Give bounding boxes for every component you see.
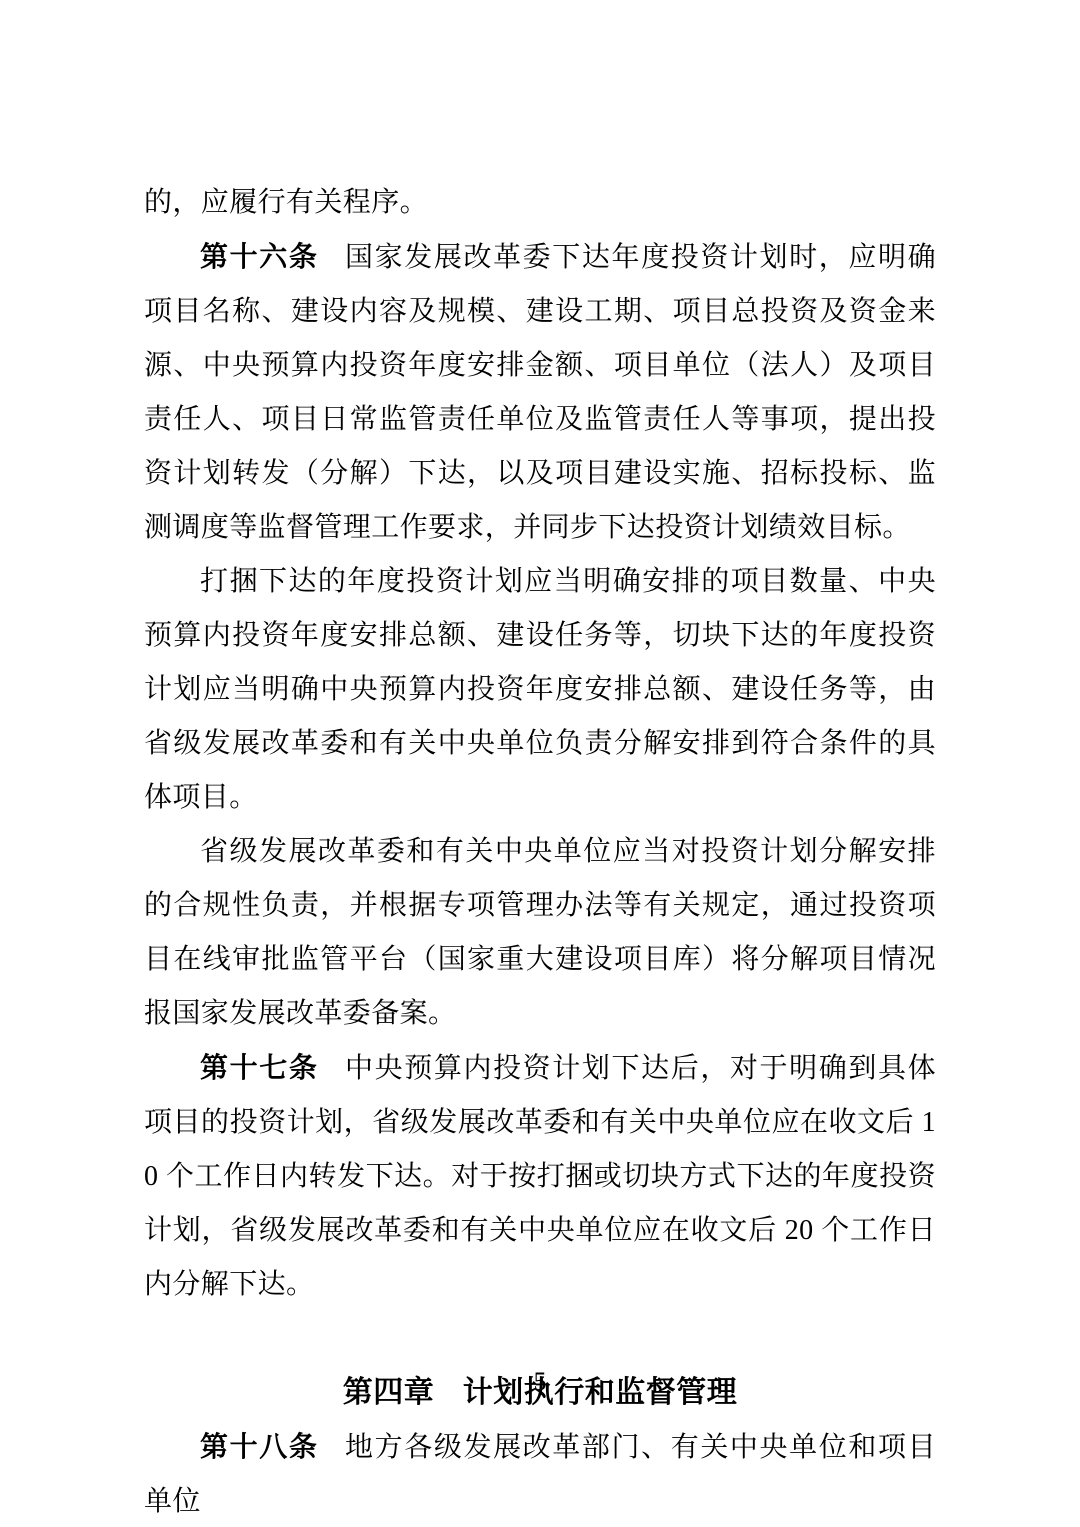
document-body: 的，应履行有关程序。 第十六条国家发展改革委下达年度投资计划时，应明确项目名称、… [144,0,936,1527]
paragraph-text: 打捆下达的年度投资计划应当明确安排的项目数量、中央预算内投资年度安排总额、建设任… [144,566,936,813]
article-17-label: 第十七条 [200,1052,318,1083]
article-16-sub-paragraph-1: 打捆下达的年度投资计划应当明确安排的项目数量、中央预算内投资年度安排总额、建设任… [144,555,936,825]
paragraph-text: 国家发展改革委下达年度投资计划时，应明确项目名称、建设内容及规模、建设工期、项目… [144,242,936,543]
article-16-sub-paragraph-2: 省级发展改革委和有关中央单位应当对投资计划分解安排的合规性负责，并根据专项管理办… [144,825,936,1041]
paragraph-text: 的，应履行有关程序。 [144,187,428,218]
page-number: 5 [0,1362,1080,1402]
article-17-paragraph: 第十七条中央预算内投资计划下达后，对于明确到具体项目的投资计划，省级发展改革委和… [144,1041,936,1312]
article-18-paragraph: 第十八条地方各级发展改革部门、有关中央单位和项目单位 [144,1420,936,1527]
continuation-paragraph: 的，应履行有关程序。 [144,176,936,230]
document-page: 的，应履行有关程序。 第十六条国家发展改革委下达年度投资计划时，应明确项目名称、… [0,0,1080,1527]
paragraph-text: 省级发展改革委和有关中央单位应当对投资计划分解安排的合规性负责，并根据专项管理办… [144,836,936,1029]
article-18-label: 第十八条 [200,1431,318,1462]
article-16-paragraph: 第十六条国家发展改革委下达年度投资计划时，应明确项目名称、建设内容及规模、建设工… [144,230,936,555]
paragraph-text: 中央预算内投资计划下达后，对于明确到具体项目的投资计划，省级发展改革委和有关中央… [144,1053,936,1300]
article-16-label: 第十六条 [200,241,318,272]
